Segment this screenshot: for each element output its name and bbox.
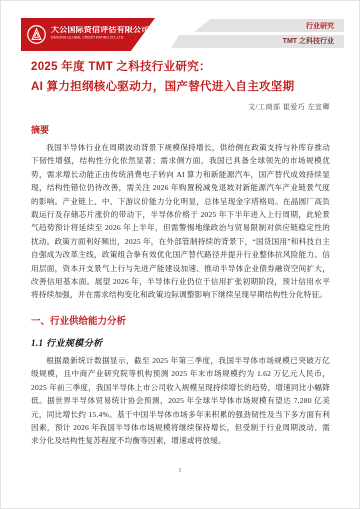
abstract-paragraph: 我国半导体行业在周期波动背景下规模保持增长，供给侧在政策支持与补库存推动下韧性增… — [31, 141, 330, 302]
company-name-block: 大公国际资信评估有限公司 DAGONG GLOBAL CREDIT RATING… — [51, 26, 149, 42]
company-name-cn: 大公国际资信评估有限公司 — [51, 26, 149, 35]
section1-heading: 一、行业供给能力分析 — [31, 313, 330, 327]
company-name-en: DAGONG GLOBAL CREDIT RATING CO.,LTD. — [51, 36, 108, 40]
author-byline: 文/工商部 崔爱巧 左宜卿 — [31, 102, 330, 112]
page-footer: 1 — [1, 467, 359, 474]
section1-paragraph: 根据最新统计数据显示，截至 2025 年第三季度，我国半导体市场规模已突破万亿级… — [31, 354, 330, 448]
company-banner: 大公国际资信评估有限公司 DAGONG GLOBAL CREDIT RATING… — [21, 18, 155, 51]
company-logo-icon — [26, 24, 47, 45]
header-tag-tmt-sector: TMT 之科技行业 — [171, 35, 344, 49]
section1-sub-heading: 1.1 行业规模分析 — [31, 336, 330, 349]
document-page: 大公国际资信评估有限公司 DAGONG GLOBAL CREDIT RATING… — [0, 0, 360, 509]
page-number: 1 — [178, 467, 181, 474]
abstract-heading: 摘要 — [31, 123, 330, 136]
report-title-line2: AI 算力担纲核心驱动力，国产替代进入自主攻坚期 — [31, 78, 330, 98]
header-tag-tmt-sector-label: TMT 之科技行业 — [283, 36, 334, 46]
header-tag-industry-research: 行业研究 — [194, 19, 344, 32]
report-title-line1: 2025 年度 TMT 之科技行业研究： — [31, 58, 330, 78]
report-body: 2025 年度 TMT 之科技行业研究： AI 算力担纲核心驱动力，国产替代进入… — [31, 58, 330, 448]
header-tag-industry-research-label: 行业研究 — [306, 21, 334, 31]
